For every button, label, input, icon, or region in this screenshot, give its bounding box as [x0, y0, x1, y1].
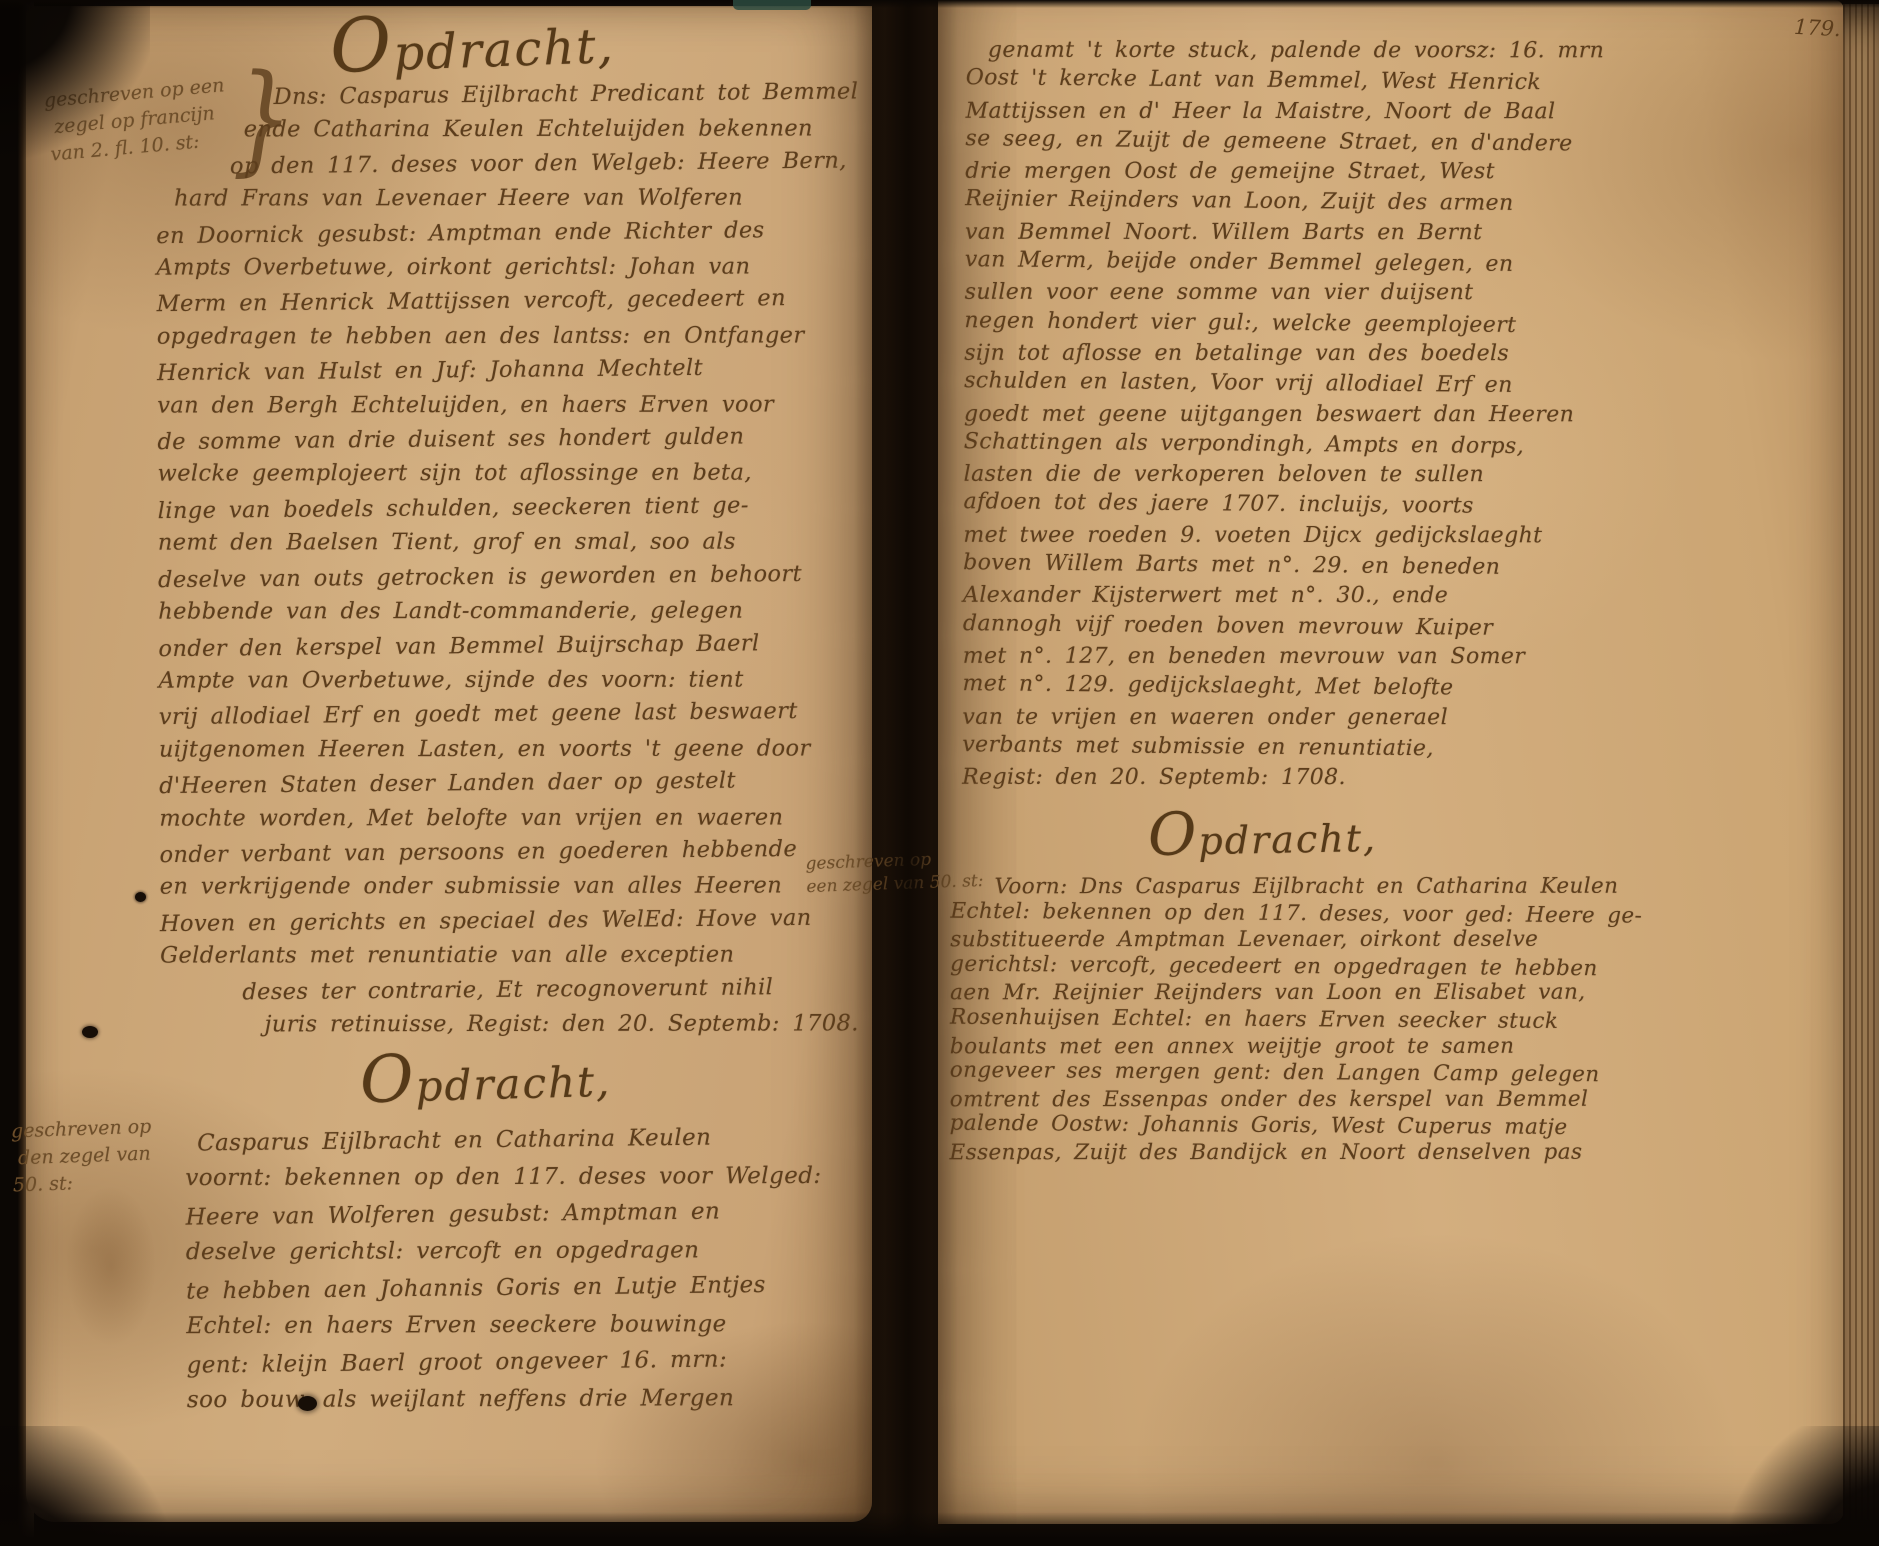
text-line: 50. st: — [13, 1168, 154, 1200]
text-line: van Merm, beijde onder Bemmel gelegen, e… — [965, 245, 1625, 281]
text-line: omtrent des Essenpas onder des kerspel v… — [950, 1086, 1620, 1113]
text-line: genamt 't korte stuck, palende de voorsz… — [966, 36, 1626, 67]
text-line: Regist: den 20. Septemb: 1708. — [962, 763, 1622, 794]
text-line: Henrick van Hulst en Juf: Johanna Mechte… — [157, 350, 807, 391]
text-line: uijtgenomen Heeren Lasten, en voorts 't … — [159, 731, 809, 767]
text-line: Mattijssen en d' Heer la Maistre, Noort … — [966, 96, 1626, 127]
text-line: van te vrijen en waeren onder generael — [962, 702, 1622, 733]
text-line: en verkrijgende onder submissie van alle… — [160, 869, 810, 905]
text-line: se seeg, en Zuijt de gemeene Straet, en … — [965, 124, 1625, 160]
text-line: de somme van drie duisent ses hondert gu… — [157, 419, 807, 460]
text-line: Reijnier Reijnders van Loon, Zuijt des a… — [965, 185, 1625, 221]
text-line: Schattingen als verpondingh, Ampts en do… — [964, 427, 1624, 463]
page-stain — [66, 1186, 156, 1346]
text-line: Oost 't kercke Lant van Bemmel, West Hen… — [966, 63, 1626, 99]
text-line: gerichtsl: vercoft, gecedeert en opgedra… — [950, 951, 1620, 982]
text-line: ongeveer ses mergen gent: den Langen Cam… — [950, 1058, 1620, 1089]
text-line: Ampts Overbetuwe, oirkont gerichtsl: Joh… — [156, 249, 806, 285]
text-line: deselve gerichtsl: vercoft en opgedragen — [186, 1232, 816, 1271]
text-line: met n°. 127, en beneden mevrouw van Some… — [963, 642, 1623, 673]
text-line: deses ter contrarie, Et recognoverunt ni… — [160, 969, 810, 1010]
text-line: vrij allodiael Erf en goedt met geene la… — [159, 694, 809, 735]
page-number: 179. — [1793, 15, 1841, 41]
text-line: boven Willem Barts met n°. 29. en benede… — [963, 548, 1623, 584]
text-line: negen hondert vier gul:, welcke geemploj… — [964, 306, 1624, 342]
deed1-continuation-body: genamt 't korte stuck, palende de voorsz… — [962, 34, 1626, 795]
text-line: soo bouw, als weijlant neffens drie Merg… — [187, 1380, 817, 1419]
text-line: sijn tot aflosse en betalinge van des bo… — [964, 339, 1624, 370]
text-line: Gelderlants met renuntiatie van alle exc… — [160, 938, 810, 974]
text-line: Heere van Wolferen gesubst: Amptman en — [185, 1192, 815, 1236]
text-line: te hebben aen Johannis Goris en Lutje En… — [186, 1266, 816, 1310]
text-line: Rosenhuijsen Echtel: en haers Erven seec… — [950, 1005, 1620, 1036]
text-line: Casparus Eijlbracht en Catharina Keulen — [185, 1118, 815, 1162]
page-fore-edge — [1843, 4, 1879, 1520]
text-line: mochte worden, Met belofte van vrijen en… — [159, 800, 809, 836]
text-line: met twee roeden 9. voeten Dijcx gedijcks… — [963, 520, 1623, 551]
text-line: op den 117. deses voor den Welgeb: Heere… — [156, 144, 806, 185]
book-gutter-shadow — [854, 0, 958, 1546]
text-line: sullen voor eene somme van vier duijsent — [965, 278, 1625, 309]
text-line: nemt den Baelsen Tient, grof en smal, so… — [158, 525, 808, 561]
deed2-body: Casparus Eijlbracht en Catharina Keulenv… — [185, 1120, 817, 1420]
text-line: Ampte van Overbetuwe, sijnde des voorn: … — [159, 662, 809, 698]
text-line: goedt met geene uijtgangen beswaert dan … — [964, 399, 1624, 430]
text-line: aen Mr. Reijnier Reijnders van Loon en E… — [950, 980, 1620, 1007]
photo-shadow-edge — [0, 1512, 1879, 1546]
text-line: en Doornick gesubst: Amptman ende Richte… — [156, 213, 806, 254]
text-line: dannogh vijf roeden boven mevrouw Kuiper — [963, 609, 1623, 645]
text-line: linge van boedels schulden, seeckeren ti… — [158, 488, 808, 529]
text-line: drie mergen Oost de gemeijne Straet, Wes… — [965, 157, 1625, 188]
text-line: van Bemmel Noort. Willem Barts en Bernt — [965, 217, 1625, 248]
text-line: voornt: bekennen op den 117. deses voor … — [185, 1158, 815, 1197]
text-line: lasten die de verkoperen beloven te sull… — [964, 460, 1624, 491]
table-background-sliver — [733, 0, 811, 10]
text-line: verbants met submissie en renuntiatie, — [962, 730, 1622, 766]
text-line: met n°. 129. gedijckslaeght, Met belofte — [962, 669, 1622, 705]
text-line: Echtel: bekennen op den 117. deses, voor… — [950, 898, 1620, 929]
manuscript-photo: Opdracht, geschreven op eenzegel op fran… — [0, 0, 1879, 1546]
text-line: boulants met een annex weijtje groot te … — [950, 1033, 1620, 1060]
ink-spot — [82, 1026, 98, 1038]
photo-shadow-corner — [0, 0, 150, 170]
deed2-margin-note: geschreven opden zegel van50. st: — [11, 1114, 154, 1200]
text-line: substitueerde Amptman Levenaer, oirkont … — [950, 927, 1620, 954]
text-line: juris retinuisse, Regist: den 20. Septem… — [160, 1006, 810, 1042]
deed2-title: Opdracht, — [359, 1037, 612, 1119]
text-line: Voorn: Dns Casparus Eijlbracht en Cathar… — [950, 874, 1620, 901]
text-line: hebbende van des Landt-commanderie, gele… — [158, 594, 808, 630]
text-line: afdoen tot des jaere 1707. incluijs, voo… — [963, 488, 1623, 524]
text-line: schulden en lasten, Voor vrij allodiael … — [964, 366, 1624, 402]
text-line: van den Bergh Echteluijden, en haers Erv… — [157, 387, 807, 423]
text-line: den zegel van — [12, 1141, 153, 1173]
text-line: welcke geemplojeert sijn tot aflossinge … — [158, 456, 808, 492]
text-line: onder den kerspel van Bemmel Buijrschap … — [158, 625, 808, 666]
photo-shadow-edge — [0, 0, 1879, 8]
text-line: ende Catharina Keulen Echteluijden beken… — [156, 112, 806, 148]
ink-spot — [298, 1396, 317, 1411]
text-line: gent: kleijn Baerl groot ongeveer 16. mr… — [186, 1340, 816, 1384]
deed3-title: Opdracht, — [1147, 796, 1377, 869]
text-line: opgedragen te hebben aen des lantss: en … — [157, 318, 807, 354]
text-line: palende Oostw: Johannis Goris, West Cupe… — [950, 1111, 1620, 1142]
text-line: Hoven en gerichts en speciael des WelEd:… — [160, 901, 810, 942]
text-line: Essenpas, Zuijt des Bandijck en Noort de… — [950, 1140, 1620, 1167]
text-line: Merm en Henrick Mattijssen vercoft, gece… — [156, 281, 806, 322]
deed1-body: Dns: Casparus Eijlbracht Predicant tot B… — [155, 76, 810, 1043]
ink-spot — [135, 892, 146, 902]
text-line: hard Frans van Levenaer Heere van Wolfer… — [156, 181, 806, 217]
text-line: onder verbant van persoons en goederen h… — [159, 832, 809, 873]
text-line: Echtel: en haers Erven seeckere bouwinge — [186, 1306, 816, 1345]
text-line: Alexander Kijsterwert met n°. 30., ende — [963, 581, 1623, 612]
text-line: Dns: Casparus Eijlbracht Predicant tot B… — [155, 75, 805, 116]
deed3-body: Voorn: Dns Casparus Eijlbracht en Cathar… — [949, 873, 1620, 1168]
text-line: deselve van outs getrocken is geworden e… — [158, 557, 808, 598]
text-line: d'Heeren Staten deser Landen daer op ges… — [159, 763, 809, 804]
